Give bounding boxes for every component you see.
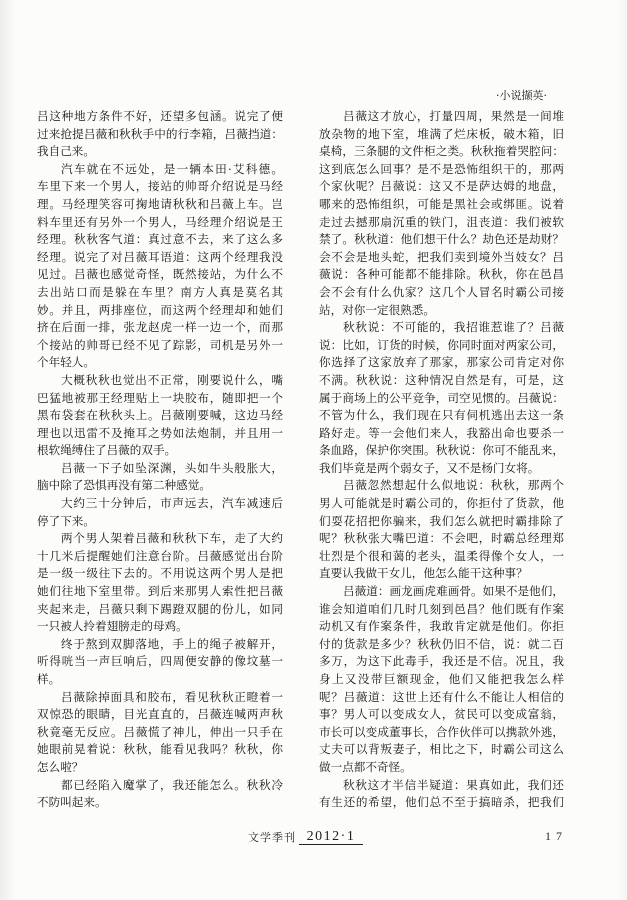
text-line: 吕薇一下子如坠深渊，头如牛头般胀大， bbox=[37, 460, 283, 478]
text-line: 一只被人拎着翅膀走的母鸡。 bbox=[37, 618, 283, 636]
text-line: 个家伙呢？吕薇说：这又不是萨达姆的地盘， bbox=[319, 178, 564, 196]
text-line: 我自己来。 bbox=[37, 143, 283, 161]
text-line: 听得咣当一声巨响后，四周便安静的像坟墓一 bbox=[37, 653, 283, 671]
text-line: 夹起来走，吕薇只剩下踢蹬双腿的份儿，如同 bbox=[37, 601, 283, 619]
paragraph: 终于熬到双脚落地，手上的绳子被解开， 听得咣当一声巨响后，四周便安静的像坟墓一 … bbox=[37, 636, 283, 689]
text-line: 会不会有什么仇家？这几个人冒名时霸公司接 bbox=[319, 284, 564, 302]
text-line: 秋秋这才半信半疑道：果真如此，我们还 bbox=[319, 777, 564, 795]
text-line: 市长可以变成董事长，合作伙伴可以携款外逃， bbox=[319, 724, 564, 742]
text-line: 根软绳缚住了吕薇的双手。 bbox=[37, 442, 283, 460]
text-line: 都已经陷入魔掌了，我还能怎么。秋秋冷 bbox=[37, 777, 283, 795]
text-line: 哪来的恐怖组织，可能是黑社会或绑匪。说着 bbox=[319, 196, 564, 214]
text-line: 理。马经理笑容可掬地请秋秋和吕薇上车。岂 bbox=[37, 196, 283, 214]
text-line: 属于商场上的公平竞争，司空见惯的。吕薇说： bbox=[319, 390, 564, 408]
text-line: 料车里还有另外一个男人，马经理介绍说是王 bbox=[37, 214, 283, 232]
magazine-page: ·小说撷英· 吕这种地方条件不好，还望多包涵。说完了便 过来抢提吕薇和秋秋手中的… bbox=[0, 0, 627, 900]
text-line: 两个男人架着吕薇和秋秋下车，走了大约 bbox=[37, 530, 283, 548]
text-line: 脑中除了恐惧再没有第二种感觉。 bbox=[37, 477, 283, 495]
issue-number: 2012·1 bbox=[299, 829, 363, 845]
text-line: 条血路，保护你突围。秋秋说：你可不能乱来， bbox=[319, 442, 564, 460]
paragraph: 汽车就在不远处，是一辆本田·艾科德。 车里下来一个男人，接站的帅哥介绍说是马经 … bbox=[37, 161, 283, 372]
text-line: 吕这种地方条件不好，还望多包涵。说完了便 bbox=[37, 108, 283, 126]
paragraph: 吕薇忽然想起什么似地说：秋秋，那两个 男人可能就是时霸公司的，你拒付了货款，他 … bbox=[319, 477, 564, 583]
text-line: 呢？秋秋张大嘴巴道：不会吧，时霸总经理郑 bbox=[319, 530, 564, 548]
text-line: 吕薇道：画龙画虎难画骨。如果不是他们， bbox=[319, 583, 564, 601]
text-line: 见过。吕薇也感觉奇怪，既然接站，为什么不 bbox=[37, 266, 283, 284]
text-line: 过来抢提吕薇和秋秋手中的行李箱，吕薇挡道： bbox=[37, 126, 283, 144]
scan-edge-shadow-right bbox=[617, 0, 627, 900]
paragraph: 秋秋说：不可能的，我招谁惹谁了？吕薇 说：比如，订货的时候，你同时面对两家公司，… bbox=[319, 319, 564, 477]
text-line: 禁了。秋秋道：他们想干什么？劫色还是劫财？ bbox=[319, 231, 564, 249]
text-line: 样。 bbox=[37, 671, 283, 689]
paragraph: 秋秋这才半信半疑道：果真如此，我们还 有生还的希望，他们总不至于搞暗杀，把我们 bbox=[319, 777, 564, 812]
text-line: 双惊恐的眼睛，目光直直的，吕薇连喊两声秋 bbox=[37, 706, 283, 724]
text-line: 动机又有作案条件，我敢肯定就是他们。你拒 bbox=[319, 618, 564, 636]
text-column-left: 吕这种地方条件不好，还望多包涵。说完了便 过来抢提吕薇和秋秋手中的行李箱，吕薇挡… bbox=[37, 108, 283, 812]
scan-edge-shadow bbox=[0, 0, 16, 900]
text-line: 不管为什么，我们现在只有伺机逃出去这一条 bbox=[319, 407, 564, 425]
text-line: 有生还的希望，他们总不至于搞暗杀，把我们 bbox=[319, 794, 564, 812]
text-line: 会不会是地头蛇，把我们卖到境外当妓女？吕 bbox=[319, 249, 564, 267]
text-line: 妙。并且，两排座位，而这两个经理却和她们 bbox=[37, 302, 283, 320]
text-line: 怎么啦？ bbox=[37, 759, 283, 777]
text-line: 秋竟毫无反应。吕薇慌了神儿，伸出一只手在 bbox=[37, 724, 283, 742]
text-line: 黑布袋套在秋秋头上。吕薇刚要喊，这边马经 bbox=[37, 407, 283, 425]
text-line: 付的货款是多少？秋秋仍旧不信，说：就二百 bbox=[319, 636, 564, 654]
journal-name: 文学季刊 bbox=[248, 831, 296, 845]
paragraph: 吕这种地方条件不好，还望多包涵。说完了便 过来抢提吕薇和秋秋手中的行李箱，吕薇挡… bbox=[37, 108, 283, 161]
text-line: 我们毕竟是两个弱女子，又不是杨门女将。 bbox=[319, 460, 564, 478]
text-line: 不满。秋秋说：这种情况自然是有，可是，这 bbox=[319, 372, 564, 390]
text-line: 吕薇这才放心，打量四周，果然是一间堆 bbox=[319, 108, 564, 126]
paragraph: 两个男人架着吕薇和秋秋下车，走了大约 十几米后提醒她们注意台阶。吕薇感觉出台阶 … bbox=[37, 530, 283, 636]
text-line: 她眼前晃着说：秋秋，能看见我吗？秋秋，你 bbox=[37, 741, 283, 759]
text-line: 薇说：各种可能都不能排除。秋秋，你在邑昌 bbox=[319, 266, 564, 284]
text-line: 个年轻人。 bbox=[37, 354, 283, 372]
text-line: 去出站口而是躲在车里？南方人真是莫名其 bbox=[37, 284, 283, 302]
text-line: 停了下来。 bbox=[37, 513, 283, 531]
text-line: 路好走。等一会他们来人，我豁出命也要杀一 bbox=[319, 425, 564, 443]
text-line: 吕薇除掉面具和胶布，看见秋秋正瞪着一 bbox=[37, 689, 283, 707]
paragraph: 大概秋秋也觉出不正常，刚要说什么，嘴 巴猛地被那王经理贴上一块胶布，随即把一个 … bbox=[37, 372, 283, 460]
text-line: 终于熬到双脚落地，手上的绳子被解开， bbox=[37, 636, 283, 654]
paragraph: 吕薇道：画龙画虎难画骨。如果不是他们， 谁会知道咱们几时几刻到邑昌？他们既有作案… bbox=[319, 583, 564, 777]
text-line: 男人可能就是时霸公司的，你拒付了货款，他 bbox=[319, 495, 564, 513]
paragraph: 大约三十分钟后，市声远去，汽车减速后 停了下来。 bbox=[37, 495, 283, 530]
text-line: 是一级一级往下去的。不用说这两个男人是把 bbox=[37, 565, 283, 583]
text-line: 们耍花招把你骗来，我们怎么就把时霸排除了 bbox=[319, 513, 564, 531]
text-line: 吕薇忽然想起什么似地说：秋秋，那两个 bbox=[319, 477, 564, 495]
text-line: 直要认我做干女儿，他怎么能干这种事？ bbox=[319, 565, 564, 583]
text-line: 丈夫可以背叛妻子，相比之下，时霸公司这么 bbox=[319, 741, 564, 759]
text-line: 不防叫起来。 bbox=[37, 794, 283, 812]
paragraph: 都已经陷入魔掌了，我还能怎么。秋秋冷 不防叫起来。 bbox=[37, 777, 283, 812]
text-line: 身上又没带巨额现金，他们又能把我怎么样 bbox=[319, 671, 564, 689]
text-line: 个接站的帅哥已经不见了踪影，司机是另外一 bbox=[37, 337, 283, 355]
text-line: 大约三十分钟后，市声远去，汽车减速后 bbox=[37, 495, 283, 513]
text-line: 说：比如，订货的时候，你同时面对两家公司， bbox=[319, 337, 564, 355]
text-line: 壮烈是个很和蔼的老头，温柔得像个女人，一 bbox=[319, 548, 564, 566]
text-line: 你选择了这家放弃了那家，那家公司肯定对你 bbox=[319, 354, 564, 372]
text-line: 挤在后面一排，张龙赵虎一样一边一个，而那 bbox=[37, 319, 283, 337]
text-line: 走过去撼那扇沉重的铁门，沮丧道：我们被软 bbox=[319, 214, 564, 232]
text-line: 十几米后提醒她们注意台阶。吕薇感觉出台阶 bbox=[37, 548, 283, 566]
page-number: 17 bbox=[545, 829, 567, 844]
text-line: 汽车就在不远处，是一辆本田·艾科德。 bbox=[37, 161, 283, 179]
text-line: 事？男人可以变成女人，贫民可以变成富翁， bbox=[319, 706, 564, 724]
text-line: 大概秋秋也觉出不正常，刚要说什么，嘴 bbox=[37, 372, 283, 390]
text-line: 放杂物的地下室，堆满了烂床板，破木箱，旧 bbox=[319, 126, 564, 144]
text-column-right: 吕薇这才放心，打量四周，果然是一间堆 放杂物的地下室，堆满了烂床板，破木箱，旧 … bbox=[319, 108, 564, 812]
text-line: 巴猛地被那王经理贴上一块胶布，随即把一个 bbox=[37, 390, 283, 408]
text-line: 谁会知道咱们几时几刻到邑昌？他们既有作案 bbox=[319, 601, 564, 619]
text-line: 经理。秋秋客气道：真过意不去，来了这么多 bbox=[37, 231, 283, 249]
text-line: 她们往地下室里带。到后来那男人索性把吕薇 bbox=[37, 583, 283, 601]
paragraph: 吕薇这才放心，打量四周，果然是一间堆 放杂物的地下室，堆满了烂床板，破木箱，旧 … bbox=[319, 108, 564, 319]
text-line: 这到底怎么回事？是不是恐怖组织干的，那两 bbox=[319, 161, 564, 179]
paragraph: 吕薇一下子如坠深渊，头如牛头般胀大， 脑中除了恐惧再没有第二种感觉。 bbox=[37, 460, 283, 495]
text-line: 桌椅，三条腿的文件柜之类。秋秋拖着哭腔问： bbox=[319, 143, 564, 161]
text-line: 多万，为这下此毒手，我还是不信。况且，我 bbox=[319, 653, 564, 671]
section-header: ·小说撷英· bbox=[496, 89, 547, 103]
text-line: 车里下来一个男人，接站的帅哥介绍说是马经 bbox=[37, 178, 283, 196]
text-line: 站，对你一定很熟悉。 bbox=[319, 302, 564, 320]
text-line: 经理。说完了对吕薇耳语道：这两个经理我没 bbox=[37, 249, 283, 267]
text-line: 理也以迅雷不及掩耳之势如法炮制，并且用一 bbox=[37, 425, 283, 443]
text-line: 秋秋说：不可能的，我招谁惹谁了？吕薇 bbox=[319, 319, 564, 337]
paragraph: 吕薇除掉面具和胶布，看见秋秋正瞪着一 双惊恐的眼睛，目光直直的，吕薇连喊两声秋 … bbox=[37, 689, 283, 777]
text-line: 呢？吕薇道：这世上还有什么不能让人相信的 bbox=[319, 689, 564, 707]
text-line: 做一点都不奇怪。 bbox=[319, 759, 564, 777]
